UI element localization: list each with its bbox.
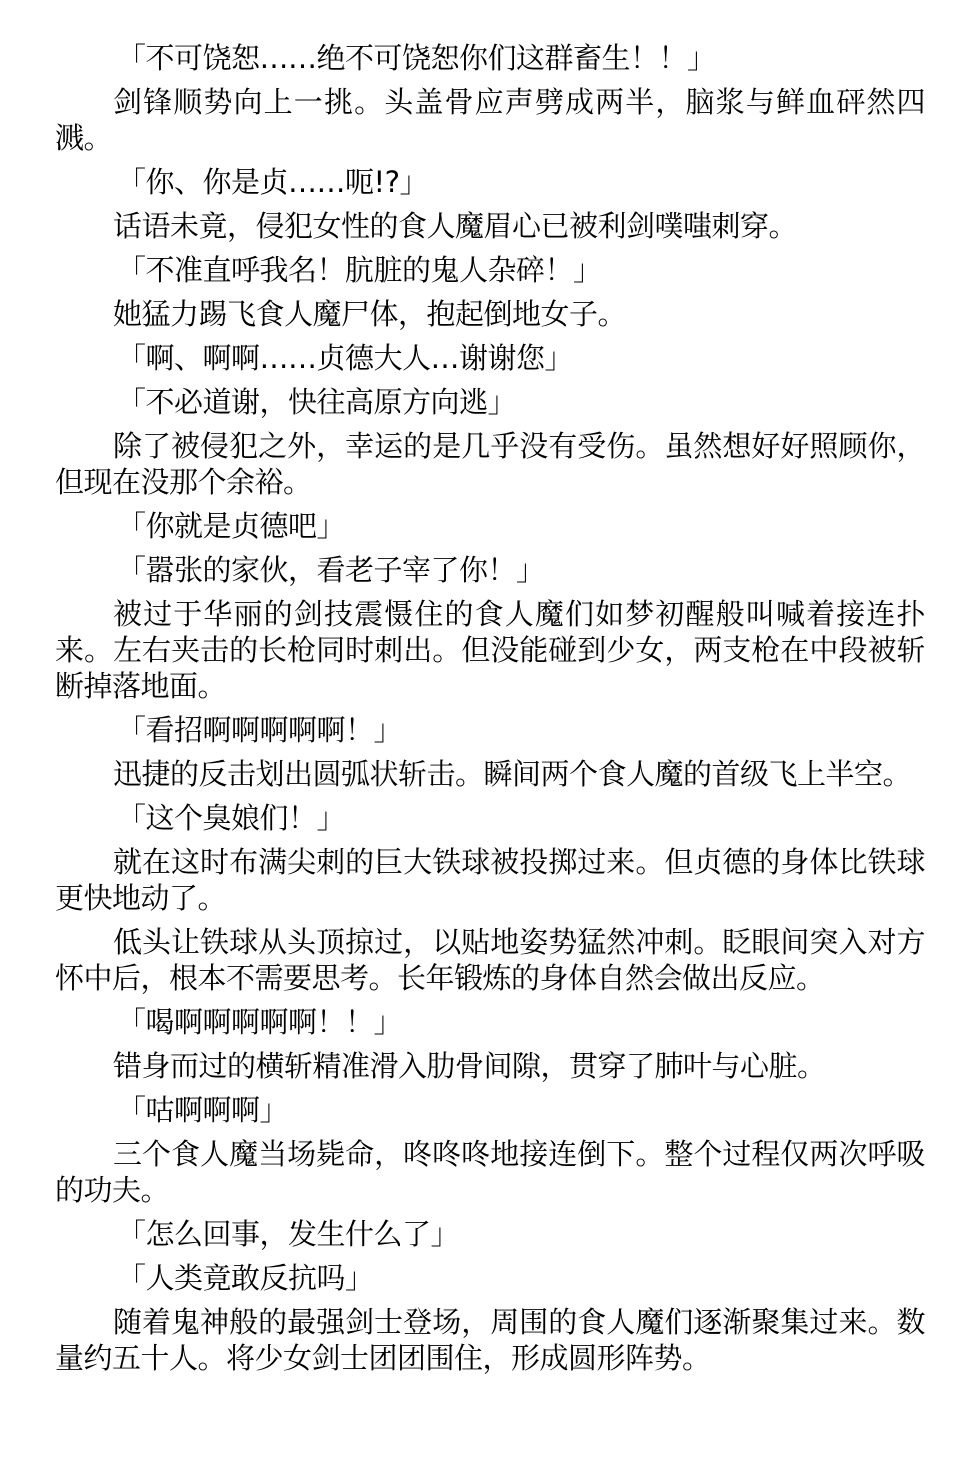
narration-paragraph: 迅捷的反击划出圆弧状斩击。瞬间两个食人魔的首级飞上半空。 — [55, 756, 925, 792]
dialog-line: 「啊、啊啊……贞德大人…谢谢您」 — [55, 340, 925, 376]
dialog-line: 「嚣张的家伙，看老子宰了你！」 — [55, 552, 925, 588]
narration-paragraph: 她猛力踢飞食人魔尸体，抱起倒地女子。 — [55, 296, 925, 332]
dialog-line: 「你就是贞德吧」 — [55, 508, 925, 544]
narration-paragraph: 被过于华丽的剑技震慑住的食人魔们如梦初醒般叫喊着接连扑来。左右夹击的长枪同时刺出… — [55, 596, 925, 704]
document-page: 「不可饶恕……绝不可饶恕你们这群畜生！！」 剑锋顺势向上一挑。头盖骨应声劈成两半… — [55, 40, 925, 1384]
dialog-line: 「这个臭娘们！」 — [55, 800, 925, 836]
narration-paragraph: 随着鬼神般的最强剑士登场，周围的食人魔们逐渐聚集过来。数量约五十人。将少女剑士团… — [55, 1304, 925, 1376]
narration-paragraph: 低头让铁球从头顶掠过，以贴地姿势猛然冲刺。眨眼间突入对方怀中后，根本不需要思考。… — [55, 924, 925, 996]
dialog-line: 「不准直呼我名！肮脏的鬼人杂碎！」 — [55, 252, 925, 288]
dialog-line: 「不必道谢，快往高原方向逃」 — [55, 384, 925, 420]
dialog-line: 「你、你是贞……呃!?」 — [55, 164, 925, 200]
dialog-line: 「怎么回事，发生什么了」 — [55, 1216, 925, 1252]
dialog-line: 「不可饶恕……绝不可饶恕你们这群畜生！！」 — [55, 40, 925, 76]
narration-paragraph: 剑锋顺势向上一挑。头盖骨应声劈成两半，脑浆与鲜血砰然四溅。 — [55, 84, 925, 156]
narration-paragraph: 就在这时布满尖刺的巨大铁球被投掷过来。但贞德的身体比铁球更快地动了。 — [55, 844, 925, 916]
dialog-line: 「喝啊啊啊啊啊！！」 — [55, 1004, 925, 1040]
narration-paragraph: 三个食人魔当场毙命，咚咚咚地接连倒下。整个过程仅两次呼吸的功夫。 — [55, 1136, 925, 1208]
dialog-line: 「咕啊啊啊」 — [55, 1092, 925, 1128]
narration-paragraph: 话语未竟，侵犯女性的食人魔眉心已被利剑噗嗤刺穿。 — [55, 208, 925, 244]
dialog-line: 「人类竟敢反抗吗」 — [55, 1260, 925, 1296]
dialog-line: 「看招啊啊啊啊啊！」 — [55, 712, 925, 748]
narration-paragraph: 错身而过的横斩精准滑入肋骨间隙，贯穿了肺叶与心脏。 — [55, 1048, 925, 1084]
narration-paragraph: 除了被侵犯之外，幸运的是几乎没有受伤。虽然想好好照顾你，但现在没那个余裕。 — [55, 428, 925, 500]
